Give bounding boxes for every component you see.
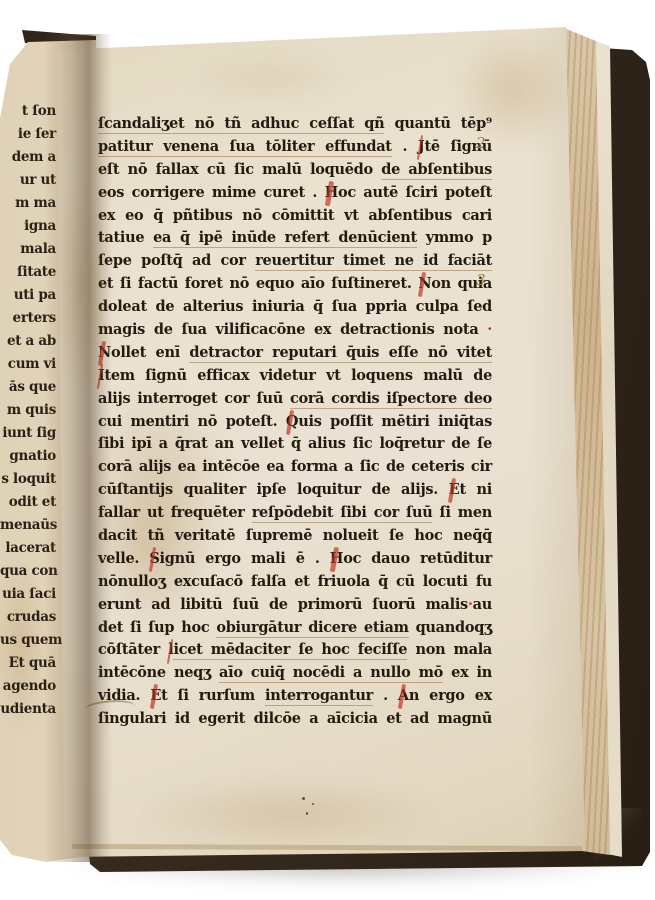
text-segment: eſt nō fallax cū ſic malū loquēdo: [98, 161, 381, 178]
gutter-shadow: [44, 34, 112, 862]
text-line: cōſtāter licet mēdaciter ſe hoc feciſſe …: [98, 639, 492, 662]
text-segment: nōnulloʒ excuſacō falſa et friuola q̄ cū…: [98, 573, 492, 590]
text-segment: erunt ad libitū ſuū de primorū ſuorū mal…: [98, 596, 468, 613]
text-line: ſingulari id egerit dilcōe a aīcicia et …: [98, 708, 492, 731]
text-line: cūſtantijs qualiter ipſe loquitur de ali…: [98, 479, 492, 502]
text-segment: cūſtantijs qualiter ipſe loquitur de ali…: [98, 481, 449, 498]
text-line: magis de ſua vilificacōne ex detractioni…: [98, 319, 492, 342]
text-segment: corā cordis iſpectore deo: [290, 390, 492, 409]
rubricated-initial: E: [150, 685, 161, 708]
text-segment: ſi men: [432, 504, 492, 521]
ink-speck: [306, 812, 308, 815]
text-segment: obiurgātur dicere etiam: [216, 619, 408, 638]
text-line: alijs interroget cor ſuū corā cordis iſp…: [98, 388, 492, 411]
text-line: corā alijs ea intēcōe ea forma a ſic de …: [98, 456, 492, 479]
text-line: Nollet enī detractor reputari q̄uis eſſe…: [98, 342, 492, 365]
text-segment: ignū ergo mali ē .: [160, 550, 330, 567]
text-segment: ſcandaliʒet nō tñ adhuc ceſſat qñ: [98, 115, 384, 134]
text-line: erunt ad libitū ſuū de primorū ſuorū mal…: [98, 594, 492, 617]
text-segment: doleat de alterius iniuria q̄ ſua ppria …: [98, 298, 492, 315]
text-segment: et ſi factū foret nō equo aīo ſuſtineret…: [98, 275, 418, 292]
text-line: fallar ut frequēter reſpōdebit ſibi cor …: [98, 502, 492, 525]
text-segment: ollet enī: [111, 344, 189, 361]
text-segment: .: [392, 138, 418, 155]
text-segment: ſepe poſtq̄ ad cor: [98, 252, 255, 269]
text-line: ſcandaliʒet nō tñ adhuc ceſſat qñ quantū…: [98, 113, 492, 136]
margin-note-numeral: 2: [476, 134, 506, 152]
text-line: det ſi ſup hoc obiurgātur dicere etiam q…: [98, 617, 492, 640]
text-segment: oc autē ſciri poteſt: [338, 184, 492, 201]
text-line: velle. Signū ergo mali ē . Hoc dauo retū…: [98, 548, 492, 571]
text-segment: magis de ſua vilificacōne ex detractioni…: [98, 321, 487, 338]
text-segment: det ſi ſup hoc: [98, 619, 216, 636]
rubricated-initial: l: [168, 639, 173, 662]
text-line: patitur venena ſua tōliter effundat . Jt…: [98, 136, 492, 159]
text-segment: ex in: [443, 664, 492, 681]
stain: [138, 778, 443, 850]
text-segment: dacit tñ veritatē ſupremē nolueit ſe hoc…: [98, 527, 492, 544]
text-segment: reuertitur timet ne id faciāt: [255, 252, 492, 271]
text-line: tatiue ea q̄ ipē inūde refert denūcient …: [98, 227, 492, 250]
text-line: ſibi ipī a q̄rat an vellet q̄ alius ſic …: [98, 433, 492, 456]
text-segment: reſpōdebit ſibi cor ſuū: [252, 504, 433, 523]
text-segment: fallar ut frequēter: [98, 504, 252, 521]
text-segment: eos corrigere mime curet .: [98, 184, 325, 201]
text-block: ſcandaliʒet nō tñ adhuc ceſſat qñ quantū…: [98, 113, 492, 731]
text-line: dacit tñ veritatē ſupremē nolueit ſe hoc…: [98, 525, 492, 548]
text-line: vidia. Et ſi rurſum interrogantur . An e…: [98, 685, 492, 708]
text-segment: au: [473, 596, 492, 613]
text-line: nōnulloʒ excuſacō falſa et friuola q̄ cū…: [98, 571, 492, 594]
rubricated-initial: Q: [286, 411, 298, 434]
text-segment: de abſentibus: [381, 161, 492, 180]
rubricated-initial: A: [398, 685, 409, 708]
text-segment: icet mēdaciter ſe hoc feciſſe: [173, 641, 407, 660]
text-segment: quandoqʒ: [409, 619, 492, 636]
page-bottom-edge: [72, 844, 582, 851]
stain: [188, 52, 353, 104]
rubricated-initial: J: [418, 136, 425, 159]
text-segment: tem ſignū efficax videtur vt loquens mal…: [104, 367, 492, 384]
text-segment: n ergo ex: [409, 687, 492, 704]
text-line: eos corrigere mime curet . Hoc autē ſcir…: [98, 182, 492, 205]
text-segment: .: [373, 687, 398, 704]
text-line: ſepe poſtq̄ ad cor reuertitur timet ne i…: [98, 250, 492, 273]
text-line: Item ſignū efficax videtur vt loquens ma…: [98, 365, 492, 388]
text-segment: aīo cuiq̄ nocēdi a nullo mō: [219, 664, 443, 683]
ink-speck: [312, 803, 314, 805]
rubricated-initial: H: [330, 548, 343, 571]
text-line: intēcōne neqʒ aīo cuiq̄ nocēdi a nullo m…: [98, 662, 492, 685]
text-segment: t ſi rurſum: [161, 687, 265, 704]
text-segment: corā alijs ea intēcōe ea forma a ſic de …: [98, 458, 492, 475]
rubricated-initial: N: [418, 273, 431, 296]
text-segment: ea q̄ ipē inūde refert denūcient: [153, 229, 417, 248]
text-segment: ſibi ipī a q̄rat an vellet q̄ alius ſic …: [98, 435, 492, 452]
text-segment: cui mentiri nō poteſt.: [98, 413, 286, 430]
text-segment: uis poſſit mētiri iniq̄tas: [298, 413, 492, 430]
text-segment: oc dauo retūditur: [343, 550, 492, 567]
text-segment: ex eo q̄ pñtibus nō cōmittit vt abſentib…: [98, 207, 492, 224]
photograph-of-open-book: t ſonie ſerdem aur utm maignamalaſitateu…: [0, 0, 655, 900]
text-segment: ſingulari id egerit dilcōe a aīcicia et …: [98, 710, 492, 727]
rubricated-initial: S: [149, 548, 159, 571]
text-segment: t ni: [459, 481, 492, 498]
text-segment: detractor reputari q̄uis eſſe nō vitet: [189, 344, 492, 363]
margin-note-numeral: 3: [476, 271, 506, 289]
text-segment: non mala: [407, 641, 492, 658]
text-line: cui mentiri nō poteſt. Quis poſſit mētir…: [98, 411, 492, 434]
text-line: ex eo q̄ pñtibus nō cōmittit vt abſentib…: [98, 205, 492, 228]
ink-speck: [302, 797, 305, 800]
text-segment: alijs interroget cor ſuū: [98, 390, 290, 407]
rubric-dot: ·: [487, 321, 492, 338]
text-line: eſt nō fallax cū ſic malū loquēdo de abſ…: [98, 159, 492, 182]
rubricated-initial: E: [449, 479, 460, 502]
text-segment: intēcōne neqʒ: [98, 664, 219, 681]
rubricated-initial: H: [325, 182, 338, 205]
text-segment: quantū tēp⁹: [384, 115, 492, 132]
text-line: doleat de alterius iniuria q̄ ſua ppria …: [98, 296, 492, 319]
text-segment: patitur venena ſua tōliter effundat: [98, 138, 392, 157]
text-line: et ſi factū foret nō equo aīo ſuſtineret…: [98, 273, 492, 296]
text-segment: interrogantur: [265, 687, 373, 706]
text-segment: ymmo p: [417, 229, 492, 246]
